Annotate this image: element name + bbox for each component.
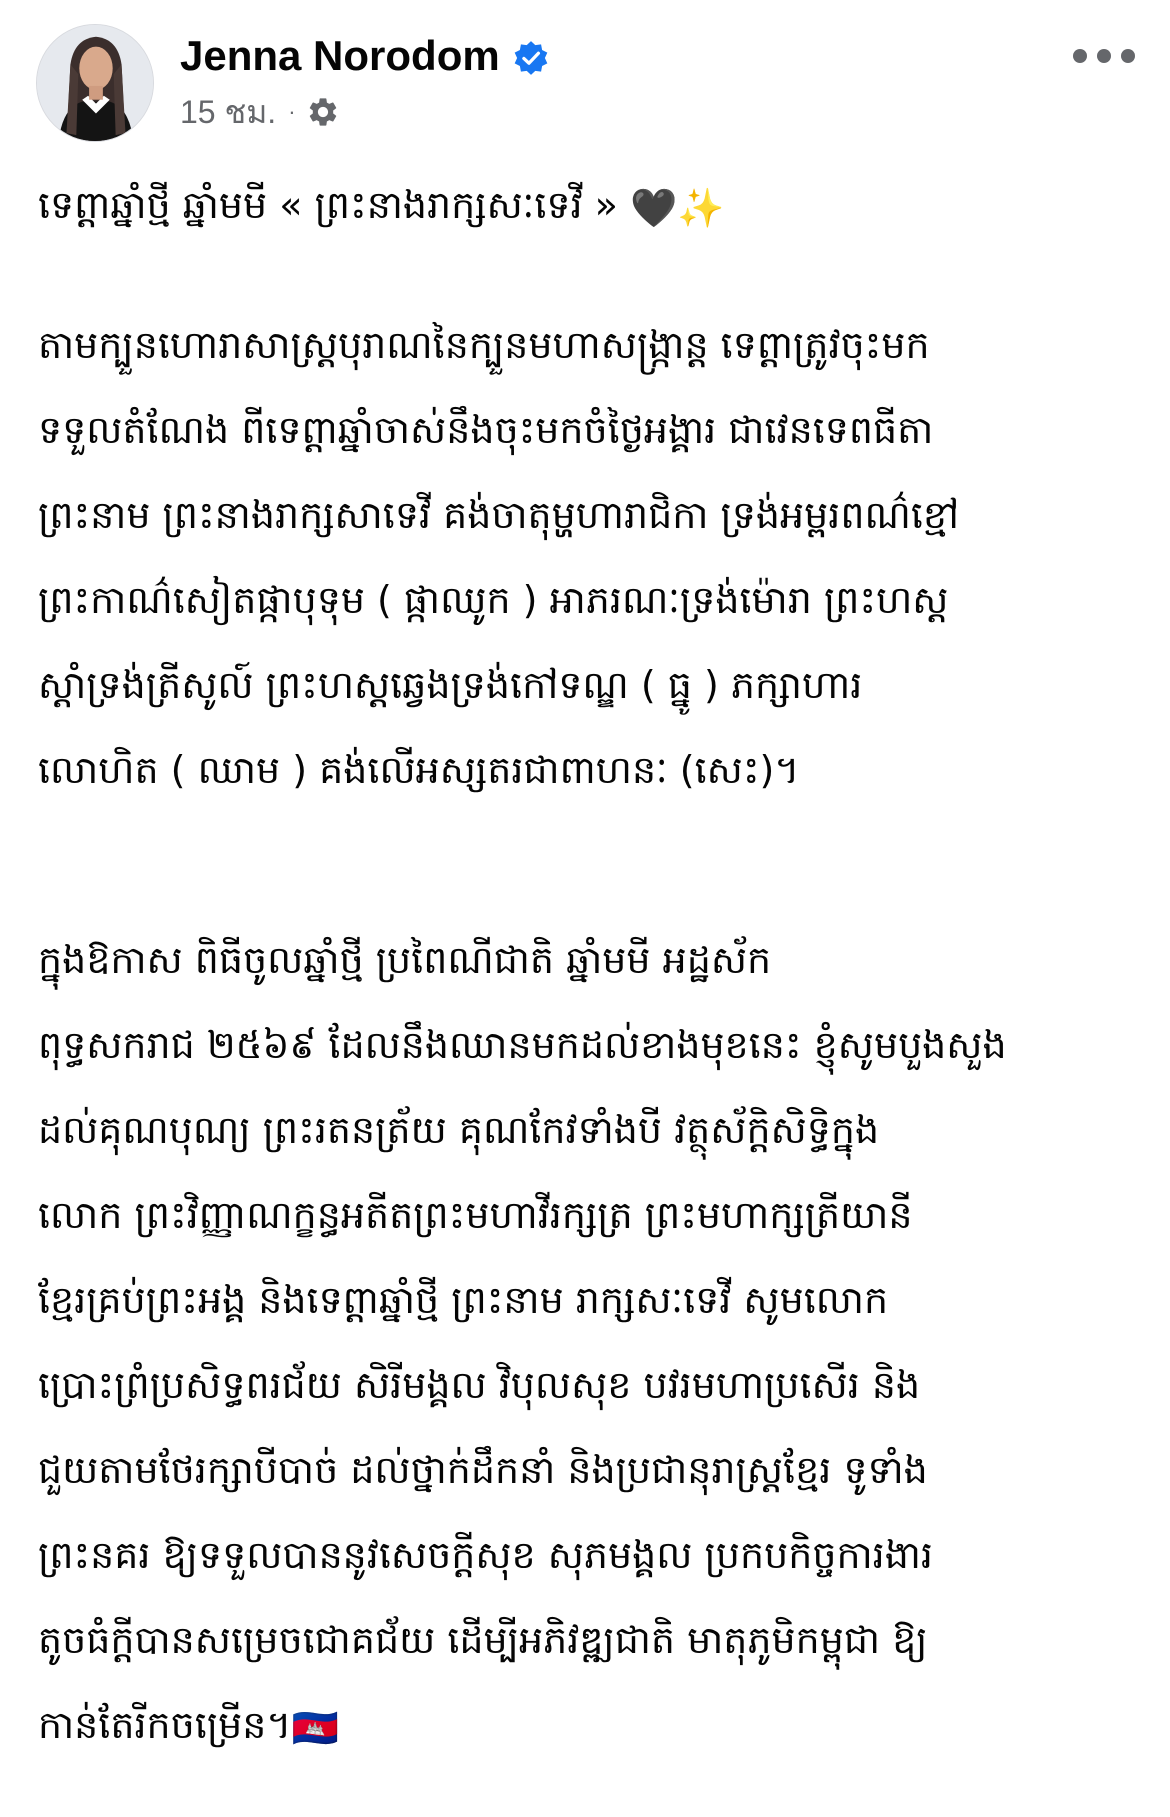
black-heart-emoji: 🖤 xyxy=(630,173,677,243)
paragraph-line: ខ្មែរគ្រប់ព្រះអង្គ និងទេព្ដាឆ្នាំថ្មី ព្… xyxy=(38,1265,888,1335)
paragraph-line: លោក ព្រះវិញ្ញាណក្ខន្ធអតីតព្រះមហាវីរក្សត្… xyxy=(38,1180,913,1250)
paragraph-line: ព្រះកាណ៌សៀតផ្កាបុទុម ( ផ្កាឈូក ) អាភរណៈទ… xyxy=(38,565,948,635)
sparkles-emoji: ✨ xyxy=(677,173,724,243)
more-options-icon xyxy=(1062,46,1146,66)
paragraph-line: ក្នុងឱកាស ពិធីចូលឆ្នាំថ្មី ប្រពៃណីជាតិ ឆ… xyxy=(38,925,771,995)
paragraph-line: ទទួលតំណែង ពីទេព្ដាឆ្នាំចាស់នឹងចុះមកចំថ្ង… xyxy=(38,395,933,465)
author-name-row: Jenna Norodom xyxy=(180,30,550,82)
paragraph-line: តាមក្បួនហោរាសាស្ត្របុរាណនៃក្បួនមហាសង្ក្រ… xyxy=(38,310,930,380)
paragraph-line: ព្រះនាម ព្រះនាងរាក្សសាទេវី គង់ចាតុម្ហហារ… xyxy=(38,480,959,550)
verified-badge-icon xyxy=(512,37,550,75)
paragraph-line: ពុទ្ធសករាជ ២៥៦៩ ដែលនឹងឈានមកដល់ខាងមុខនេះ … xyxy=(38,1010,1007,1080)
profile-photo xyxy=(37,25,153,141)
post-header: Jenna Norodom 15 ชม. · xyxy=(0,0,1170,150)
paragraph-last-line: កាន់តែរីកចម្រើន។🇰🇭 xyxy=(38,1690,339,1760)
meta-separator: · xyxy=(288,99,295,125)
paragraph-line: ស្ដាំទ្រង់ត្រីសូល៍ ព្រះហស្ដឆ្វេងទ្រង់កៅទ… xyxy=(38,650,862,720)
paragraph-line: ព្រះនគរ ឱ្យទទួលបាននូវសេចក្ដីសុខ សុភមង្គល… xyxy=(38,1520,933,1590)
paragraph-line: ប្រោះព្រំប្រសិទ្ធពរជ័យ សិរីមង្គល វិបុលសុ… xyxy=(38,1350,920,1420)
title-text: ទេព្ដាឆ្នាំថ្មី ឆ្នាំមមី « ព្រះនាងរាក្សស… xyxy=(38,183,618,227)
paragraph-line: លោហិត ( ឈាម ) គង់លើអស្សតរជាពាហនៈ (សេះ)។ xyxy=(38,735,799,805)
post-timestamp[interactable]: 15 ชม. xyxy=(180,87,276,138)
post-meta: 15 ชม. · xyxy=(180,92,340,132)
gear-icon[interactable] xyxy=(306,95,340,129)
author-name[interactable]: Jenna Norodom xyxy=(180,30,500,82)
paragraph-line: ជួយតាមថែរក្សាបីបាច់ ដល់ថ្នាក់ដឹកនាំ និងប… xyxy=(38,1435,928,1505)
post-title-line: ទេព្ដាឆ្នាំថ្មី ឆ្នាំមមី « ព្រះនាងរាក្សស… xyxy=(38,170,725,240)
avatar[interactable] xyxy=(36,24,154,142)
cambodia-flag-emoji: 🇰🇭 xyxy=(291,1693,338,1763)
paragraph-line: ដល់គុណបុណ្យ ព្រះរតនត្រ័យ គុណកែវទាំងបី វត… xyxy=(38,1095,879,1165)
paragraph-line: តូចធំក្តីបានសម្រេចជោគជ័យ ដើម្បីអភិវឌ្ឍជា… xyxy=(38,1605,928,1675)
paragraph-line: កាន់តែរីកចម្រើន។ xyxy=(38,1703,291,1747)
more-options-button[interactable] xyxy=(1062,38,1146,74)
